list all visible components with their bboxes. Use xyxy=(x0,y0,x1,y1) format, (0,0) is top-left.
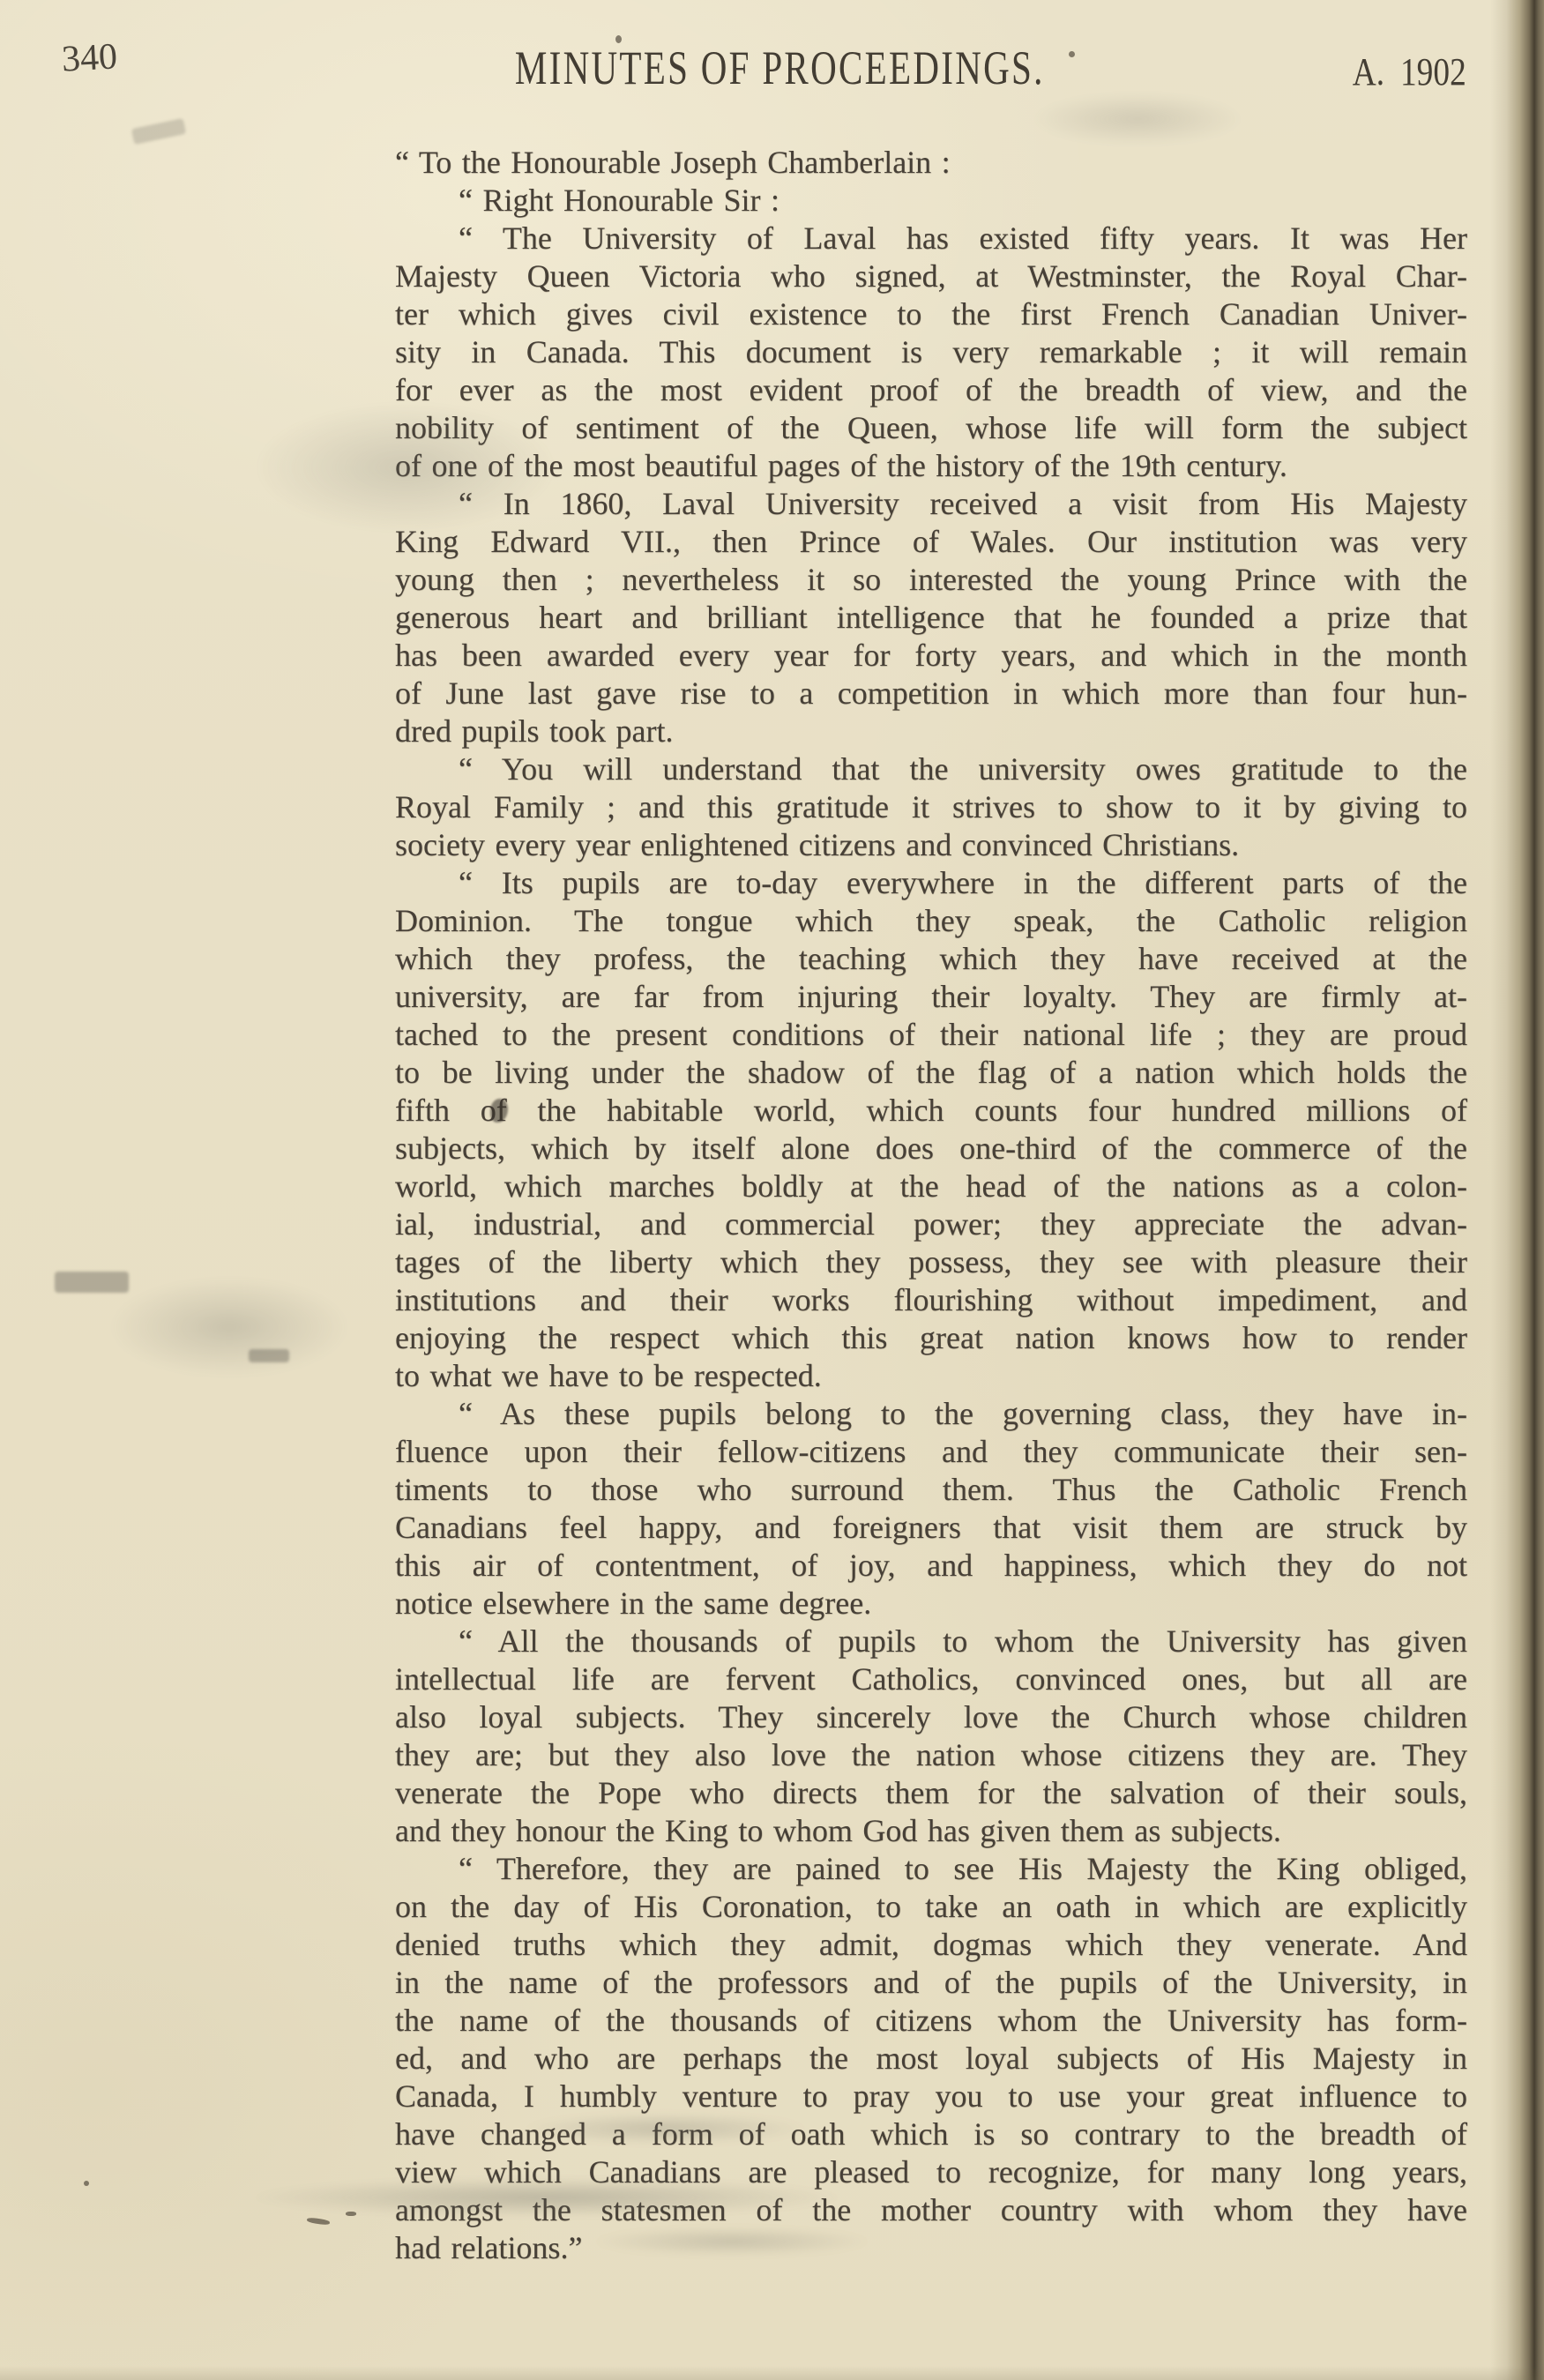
text-line: “ In 1860, Laval University received a v… xyxy=(395,485,1467,523)
text-line: tached to the present conditions of thei… xyxy=(395,1016,1467,1054)
text-line: venerate the Pope who directs them for t… xyxy=(395,1774,1467,1812)
letter-body: “ To the Honourable Joseph Chamberlain :… xyxy=(395,144,1467,2267)
text-line: notice elsewhere in the same degree. xyxy=(395,1585,1467,1623)
text-line: Majesty Queen Victoria who signed, at We… xyxy=(395,257,1467,295)
text-line: timents to those who surround them. Thus… xyxy=(395,1471,1467,1509)
text-line: tages of the liberty which they possess,… xyxy=(395,1243,1467,1281)
text-line: this air of contentment, of joy, and hap… xyxy=(395,1547,1467,1585)
text-line: university, are far from injuring their … xyxy=(395,978,1467,1016)
text-line: on the day of His Coronation, to take an… xyxy=(395,1888,1467,1926)
text-line: sity in Canada. This document is very re… xyxy=(395,333,1467,371)
text-line: of one of the most beautiful pages of th… xyxy=(395,447,1467,485)
text-line: Dominion. The tongue which they speak, t… xyxy=(395,902,1467,940)
text-line: to what we have to be respected. xyxy=(395,1357,1467,1395)
text-line: have changed a form of oath which is so … xyxy=(395,2115,1467,2153)
ink-speck xyxy=(84,2181,89,2186)
text-line: “ Therefore, they are pained to see His … xyxy=(395,1850,1467,1888)
text-line: subjects, which by itself alone does one… xyxy=(395,1130,1467,1168)
text-line: King Edward VII., then Prince of Wales. … xyxy=(395,523,1467,561)
text-line: “ The University of Laval has existed fi… xyxy=(395,220,1467,257)
text-line: ter which gives civil existence to the f… xyxy=(395,295,1467,333)
text-line: enjoying the respect which this great na… xyxy=(395,1319,1467,1357)
page-bottom-shadow xyxy=(0,2366,1544,2380)
running-header-title: MINUTES OF PROCEEDINGS. xyxy=(0,44,1544,92)
text-line: society every year enlightened citizens … xyxy=(395,826,1467,864)
text-line: to be living under the shadow of the fla… xyxy=(395,1054,1467,1092)
text-line: amongst the statesmen of the mother coun… xyxy=(395,2191,1467,2229)
text-line: also loyal subjects. They sincerely love… xyxy=(395,1698,1467,1736)
text-line: generous heart and brilliant intelligenc… xyxy=(395,599,1467,637)
text-line: dred pupils took part. xyxy=(395,713,1467,750)
text-line: has been awarded every year for forty ye… xyxy=(395,637,1467,675)
scanned-book-page: 340 MINUTES OF PROCEEDINGS. A. 1902 “ To… xyxy=(0,0,1544,2380)
text-line: of June last gave rise to a competition … xyxy=(395,675,1467,713)
text-line: “ To the Honourable Joseph Chamberlain : xyxy=(395,144,1467,182)
text-line: “ You will understand that the universit… xyxy=(395,750,1467,788)
text-line: “ Its pupils are to-day everywhere in th… xyxy=(395,864,1467,902)
text-line: denied truths which they admit, dogmas w… xyxy=(395,1926,1467,1964)
pencil-mark xyxy=(55,1272,129,1293)
text-line: fluence upon their fellow-citizens and t… xyxy=(395,1433,1467,1471)
pencil-mark xyxy=(131,118,186,145)
text-line: “ Right Honourable Sir : xyxy=(395,182,1467,220)
session-year-label: A. 1902 xyxy=(1332,53,1466,92)
text-line: had relations.” xyxy=(395,2229,1467,2267)
bleed-through-smudge xyxy=(71,1261,388,1393)
text-line: young then ; nevertheless it so interest… xyxy=(395,561,1467,599)
pencil-mark xyxy=(249,1349,289,1362)
running-header-title-text: MINUTES OF PROCEEDINGS. xyxy=(515,44,1045,92)
session-year-text: A. 1902 xyxy=(1353,53,1466,92)
text-line: world, which marches boldly at the head … xyxy=(395,1168,1467,1205)
text-line: ial, industrial, and commercial power; t… xyxy=(395,1205,1467,1243)
text-line: institutions and their works flourishing… xyxy=(395,1281,1467,1319)
text-line: which they profess, the teaching which t… xyxy=(395,940,1467,978)
text-line: intellectual life are fervent Catholics,… xyxy=(395,1660,1467,1698)
text-line: Royal Family ; and this gratitude it str… xyxy=(395,788,1467,826)
ink-speck xyxy=(346,2212,356,2216)
text-line: “ All the thousands of pupils to whom th… xyxy=(395,1623,1467,1660)
text-line: they are; but they also love the nation … xyxy=(395,1736,1467,1774)
text-line: for ever as the most evident proof of th… xyxy=(395,371,1467,409)
text-line: in the name of the professors and of the… xyxy=(395,1964,1467,2002)
text-line: the name of the thousands of citizens wh… xyxy=(395,2002,1467,2040)
text-line: view which Canadians are pleased to reco… xyxy=(395,2153,1467,2191)
text-line: “ As these pupils belong to the governin… xyxy=(395,1395,1467,1433)
text-line: ed, and who are perhaps the most loyal s… xyxy=(395,2040,1467,2078)
text-line: nobility of sentiment of the Queen, whos… xyxy=(395,409,1467,447)
text-line: fifth of the habitable world, which coun… xyxy=(395,1092,1467,1130)
page-edge-shadow xyxy=(1490,0,1544,2380)
text-line: and they honour the King to whom God has… xyxy=(395,1812,1467,1850)
text-line: Canada, I humbly venture to pray you to … xyxy=(395,2078,1467,2115)
text-line: Canadians feel happy, and foreigners tha… xyxy=(395,1509,1467,1547)
ink-speck xyxy=(307,2217,331,2226)
